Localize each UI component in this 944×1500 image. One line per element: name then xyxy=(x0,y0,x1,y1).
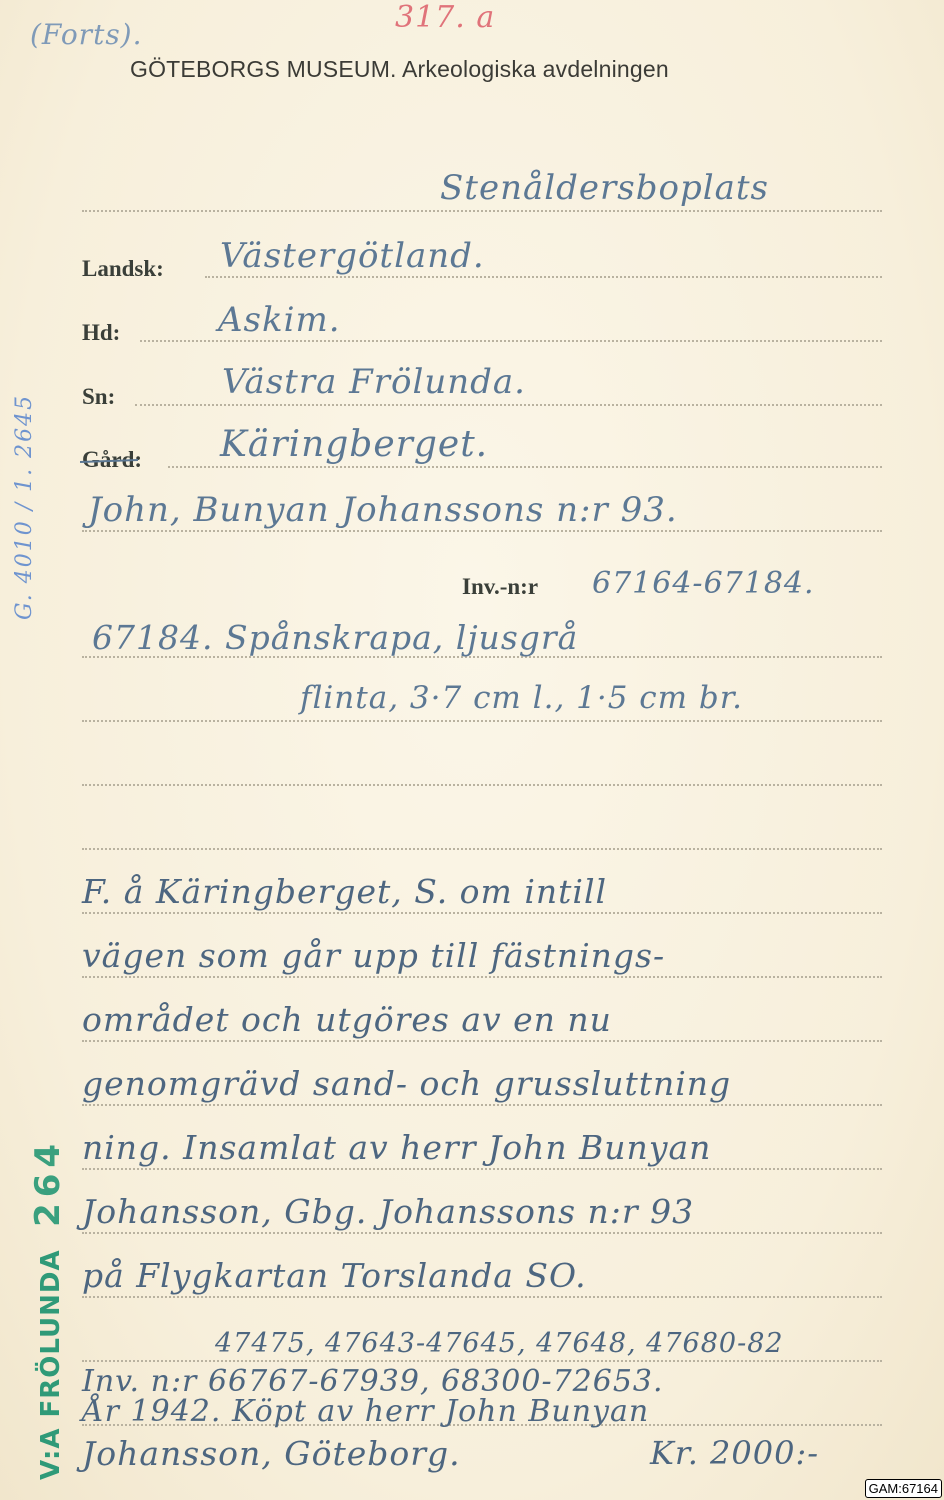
inventory-extra-line: 47475, 47643-47645, 47648, 47680-82 xyxy=(215,1328,784,1359)
dotted-line xyxy=(205,276,882,278)
value-socken: Västra Frölunda. xyxy=(222,362,526,402)
value-gard: Käringberget. xyxy=(220,424,488,465)
dotted-line xyxy=(82,1040,882,1042)
site-type: Stenåldersboplats xyxy=(440,168,769,208)
object-line-2: flinta, 3·7 cm l., 1·5 cm br. xyxy=(300,680,743,716)
description-line-4: genomgrävd sand- och grussluttning xyxy=(82,1064,731,1103)
dotted-line xyxy=(82,976,882,978)
dotted-line xyxy=(140,340,882,342)
dotted-line xyxy=(168,466,882,468)
location-line: John, Bunyan Johanssons n:r 93. xyxy=(88,490,678,530)
margin-pencil-reference: G. 4010 / 1. 2645 xyxy=(12,394,37,620)
label-landskap: Landsk: xyxy=(82,256,164,282)
object-line-1: 67184. Spånskrapa, ljusgrå xyxy=(92,618,578,657)
dotted-line xyxy=(82,1232,882,1234)
image-id-label: GAM:67164 xyxy=(865,1479,942,1498)
label-gard-text: Gård: xyxy=(82,447,142,472)
description-line-2: vägen som går upp till fästnings- xyxy=(82,936,665,975)
value-inventory: 67164-67184. xyxy=(592,566,815,601)
description-line-6: Johansson, Gbg. Johanssons n:r 93 xyxy=(82,1192,694,1231)
margin-stamp: V:A FRÖLUNDA 264 xyxy=(28,1138,68,1480)
description-line-3: området och utgöres av en nu xyxy=(82,1000,612,1039)
dotted-line xyxy=(82,1104,882,1106)
description-line-5: ning. Insamlat av herr John Bunyan xyxy=(82,1128,711,1167)
value-landskap: Västergötland. xyxy=(220,236,485,276)
museum-header: GÖTEBORGS MUSEUM. Arkeologiska avdelning… xyxy=(130,56,669,83)
label-socken: Sn: xyxy=(82,384,115,410)
description-line-7: på Flygkartan Torslanda SO. xyxy=(82,1256,587,1295)
value-harad: Askim. xyxy=(218,300,341,340)
dotted-line xyxy=(82,530,882,532)
description-line-1: F. å Käringberget, S. om intill xyxy=(82,872,607,911)
dotted-line xyxy=(82,1168,882,1170)
dotted-line xyxy=(82,1296,882,1298)
dotted-line xyxy=(82,1360,882,1362)
acquisition-line-1: År 1942. Köpt av herr John Bunyan xyxy=(82,1394,649,1429)
acquisition-line-2: Johansson, Göteborg. xyxy=(82,1434,461,1473)
label-inventory: Inv.-n:r xyxy=(462,574,538,600)
label-harad: Hd: xyxy=(82,320,120,346)
parish-stamp-number: 264 xyxy=(28,1138,68,1227)
dotted-line xyxy=(82,720,882,722)
catalogue-card: (Forts). 317. a GÖTEBORGS MUSEUM. Arkeol… xyxy=(0,0,944,1500)
dotted-line xyxy=(82,848,882,850)
parish-stamp: V:A FRÖLUNDA xyxy=(36,1249,66,1480)
dotted-line xyxy=(82,210,882,212)
purchase-price: Kr. 2000:- xyxy=(650,1434,819,1472)
catalogue-number: 317. a xyxy=(395,0,495,35)
dotted-line xyxy=(82,784,882,786)
label-gard: Gård: xyxy=(82,447,142,473)
dotted-line xyxy=(135,404,882,406)
dotted-line xyxy=(82,912,882,914)
continuation-note: (Forts). xyxy=(30,18,143,51)
